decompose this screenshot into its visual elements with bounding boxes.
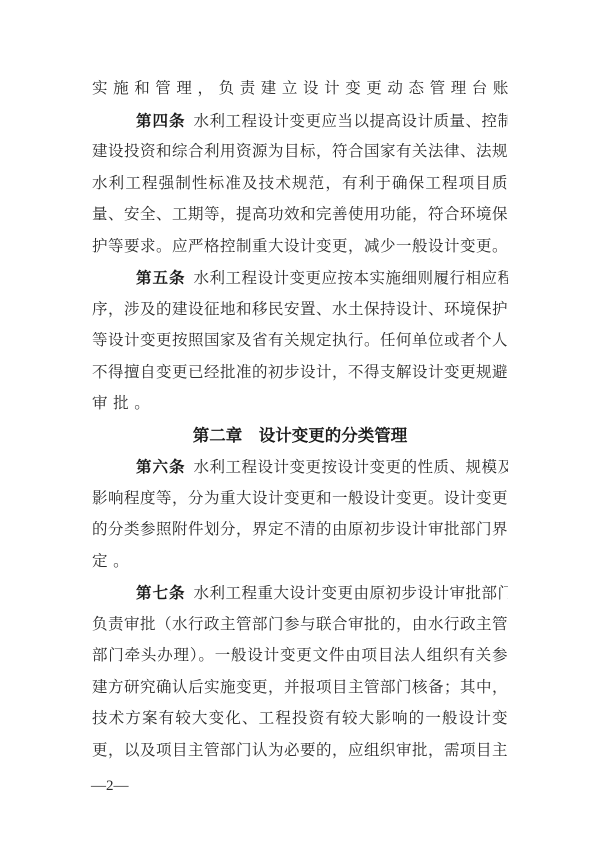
- text-line: 的分类参照附件划分，界定不清的由原初步设计审批部门界: [92, 514, 508, 546]
- text-line: 量、安全、工期等，提高功效和完善使用功能，符合环境保: [92, 199, 508, 231]
- article-number: 第四条: [136, 111, 186, 130]
- body-text: 实施和管理，负责建立设计变更动态管理台账。 第四条水利工程设计变更应当以提高设计…: [92, 73, 508, 766]
- article-number: 第六条: [136, 457, 186, 476]
- document-page: 实施和管理，负责建立设计变更动态管理台账。 第四条水利工程设计变更应当以提高设计…: [0, 0, 600, 849]
- article-line: 第五条水利工程设计变更应按本实施细则履行相应程: [92, 262, 508, 294]
- text-line: 护等要求。应严格控制重大设计变更，减少一般设计变更。: [92, 231, 508, 263]
- chapter-heading: 第二章 设计变更的分类管理: [92, 420, 508, 452]
- text-line: 建方研究确认后实施变更，并报项目主管部门核备；其中，: [92, 672, 508, 704]
- text-line: 负责审批（水行政主管部门参与联合审批的，由水行政主管: [92, 609, 508, 641]
- text-line: 实施和管理，负责建立设计变更动态管理台账。: [92, 73, 508, 105]
- text-line: 水利工程强制性标准及技术规范，有利于确保工程项目质: [92, 168, 508, 200]
- page-number: —2—: [91, 776, 129, 796]
- article-line: 第四条水利工程设计变更应当以提高设计质量、控制: [92, 105, 508, 137]
- article-text: 水利工程重大设计变更由原初步设计审批部门: [194, 584, 508, 602]
- text-line: 等设计变更按照国家及省有关规定执行。任何单位或者个人: [92, 325, 508, 357]
- article-line: 第七条水利工程重大设计变更由原初步设计审批部门: [92, 577, 508, 609]
- article-line: 第六条水利工程设计变更按设计变更的性质、规模及: [92, 451, 508, 483]
- text-line: 建设投资和综合利用资源为目标，符合国家有关法律、法规、: [92, 136, 508, 168]
- article-text: 水利工程设计变更应按本实施细则履行相应程: [194, 269, 508, 287]
- text-line: 序，涉及的建设征地和移民安置、水土保持设计、环境保护: [92, 294, 508, 326]
- article-number: 第七条: [136, 583, 186, 602]
- text-line: 更，以及项目主管部门认为必要的，应组织审批，需项目主: [92, 735, 508, 767]
- text-line: 审批。: [92, 388, 508, 420]
- article-text: 水利工程设计变更应当以提高设计质量、控制: [194, 112, 508, 130]
- text-line: 定。: [92, 546, 508, 578]
- article-text: 水利工程设计变更按设计变更的性质、规模及: [194, 458, 508, 476]
- text-line: 不得擅自变更已经批准的初步设计，不得支解设计变更规避: [92, 357, 508, 389]
- text-line: 部门牵头办理）。一般设计变更文件由项目法人组织有关参: [92, 640, 508, 672]
- text-line: 影响程度等，分为重大设计变更和一般设计变更。设计变更: [92, 483, 508, 515]
- article-number: 第五条: [136, 268, 186, 287]
- text-line: 技术方案有较大变化、工程投资有较大影响的一般设计变: [92, 703, 508, 735]
